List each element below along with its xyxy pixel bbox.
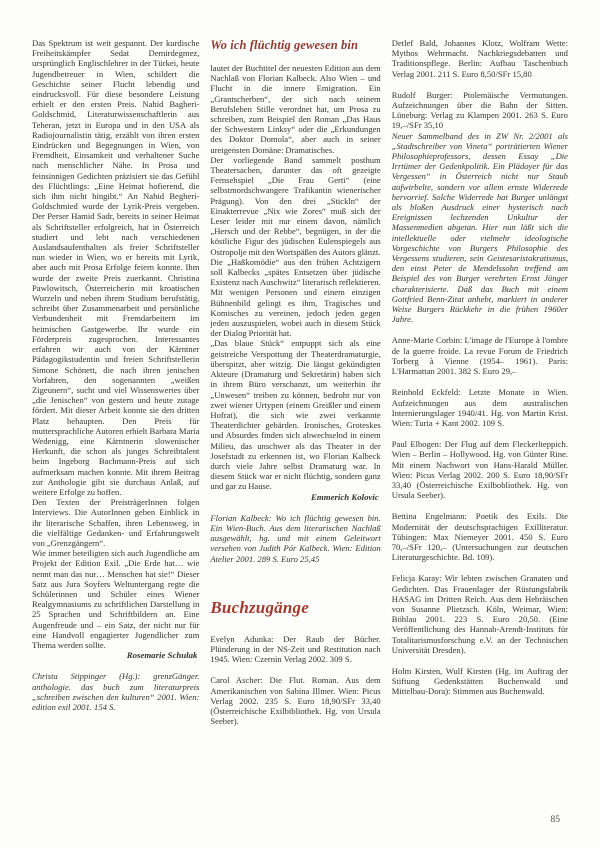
book-entry: Felicja Karay: Wir lebten zwischen Grana… (392, 573, 568, 655)
book-entry: Reinhold Eckfeld: Letzte Monate in Wien.… (392, 387, 568, 428)
review-title: Wo ich flüchtig gewesen bin (210, 38, 380, 53)
article-paragraph: Das Spektrum ist weit gespannt. Der kurd… (32, 38, 199, 497)
book-entry: Rudolf Burger: Ptolemäische Vermutungen.… (392, 90, 568, 131)
left-column: Das Spektrum ist weit gespannt. Der kurd… (32, 38, 199, 737)
section-heading-buchzugaenge: Buchzugänge (210, 598, 380, 618)
article-paragraph: Den Texten der PreisträgerInnen folgen I… (32, 497, 199, 548)
review-paragraph: lautet der Buchtitel der neuesten Editio… (210, 63, 380, 155)
book-entry: Carol Ascher: Die Flut. Roman. Aus dem A… (210, 675, 380, 726)
review-paragraph: „Das blaue Stück“ entpuppt sich als eine… (210, 338, 380, 491)
bibliography-reference: Florian Kalbeck: Wo ich flüchtig gewesen… (210, 513, 380, 564)
right-column: Detlef Bald, Johannes Klotz, Wolfram Wet… (389, 38, 568, 737)
middle-column: Wo ich flüchtig gewesen bin lautet der B… (207, 38, 380, 737)
book-entry: Anne-Marie Corbin: L'image de l'Europe à… (392, 335, 568, 376)
book-entry: Bettina Engelmann: Poetik des Exils. Die… (392, 511, 568, 562)
three-column-layout: Das Spektrum ist weit gespannt. Der kurd… (32, 38, 568, 737)
author-credit: Rosemarie Schulak (32, 650, 197, 660)
bibliography-reference: Christa Stippinger (Hg.): grenzGänger. a… (32, 671, 199, 712)
author-credit: Emmerich Kolovic (210, 492, 378, 502)
book-entry: Evelyn Adunka: Der Raub der Bücher. Plün… (210, 634, 380, 665)
review-paragraph: Der vorliegende Band sammelt posthum The… (210, 155, 380, 257)
editorial-note: Neuer Sammelband des in ZW Nr. 2/2001 al… (392, 131, 568, 325)
review-paragraph: Die „Haßkomödie“ aus den frühen Achtzige… (210, 257, 380, 339)
page-number: 85 (551, 815, 561, 825)
book-entry: Paul Elbogen: Der Flug auf dem Fleckerlt… (392, 439, 568, 500)
book-entry: Detlef Bald, Johannes Klotz, Wolfram Wet… (392, 38, 568, 79)
journal-page: Das Spektrum ist weit gespannt. Der kurd… (0, 0, 600, 849)
article-paragraph: Wie immer beteiligten sich auch Jugendli… (32, 548, 199, 650)
book-entry: Holm Kirsten, Wulf Kirsten (Hg. im Auftr… (392, 666, 568, 697)
